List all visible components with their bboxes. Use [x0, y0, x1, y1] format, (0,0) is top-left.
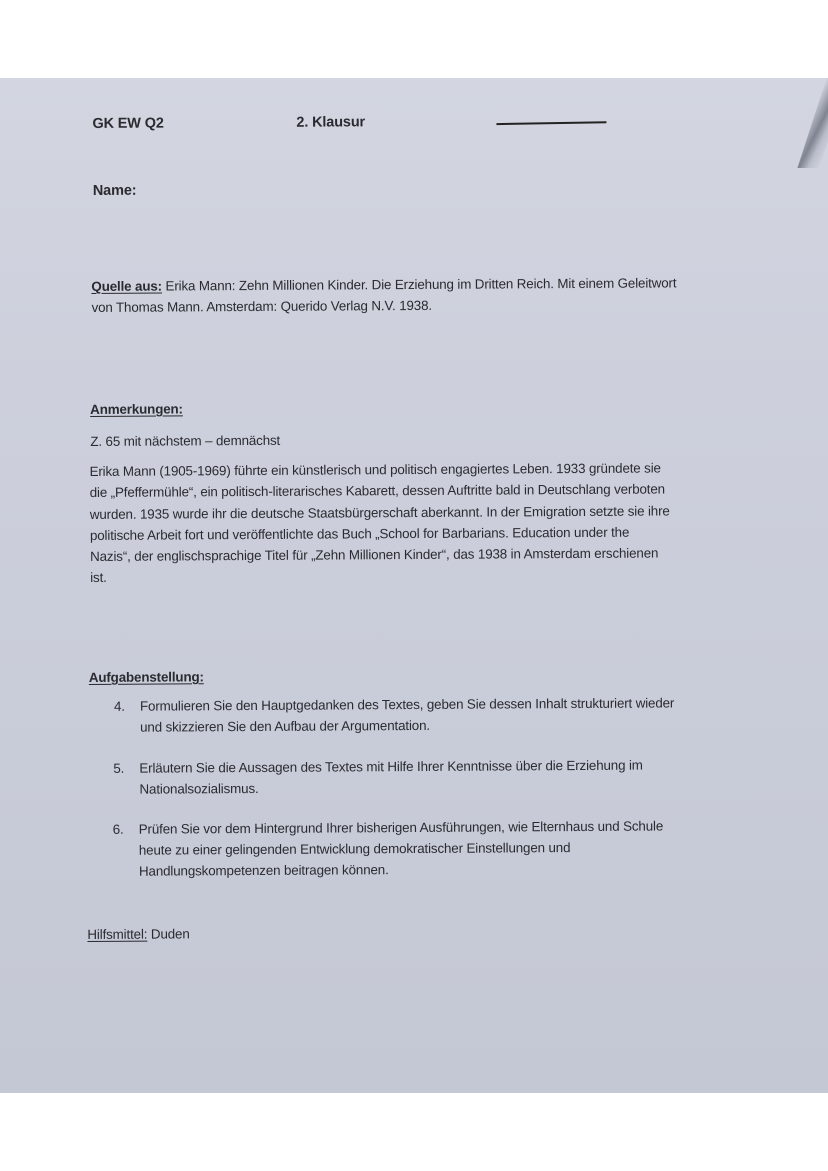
task-line: Prüfen Sie vor dem Hintergrund Ihrer bis…: [139, 815, 664, 839]
task-item-6: 6. Prüfen Sie vor dem Hintergrund Ihrer …: [113, 815, 753, 885]
aids-value: Duden: [151, 926, 190, 941]
task-number: 6.: [113, 819, 124, 840]
task-line: Formulieren Sie den Hauptgedanken des Te…: [140, 692, 674, 716]
task-line: Erläutern Sie die Aussagen des Textes mi…: [139, 755, 643, 779]
task-number: 4.: [114, 696, 125, 717]
source-line: von Thomas Mann. Amsterdam: Querido Verl…: [91, 294, 676, 319]
exam-title: 2. Klausur: [296, 112, 365, 133]
bio-line: ist.: [90, 564, 670, 589]
name-label: Name:: [93, 181, 137, 202]
task-item-4: 4. Formulieren Sie den Hauptgedanken des…: [114, 692, 754, 740]
sheet-content: GK EW Q2 2. Klausur Name: Quelle aus: Er…: [0, 78, 828, 1093]
task-number: 5.: [113, 758, 124, 779]
source-label: Quelle aus:: [91, 279, 162, 294]
aids-line: Hilfsmittel: Duden: [87, 923, 189, 945]
task-item-5: 5. Erläutern Sie die Aussagen des Textes…: [113, 754, 753, 802]
task-line: Nationalsozialismus.: [139, 776, 643, 800]
exam-sheet: GK EW Q2 2. Klausur Name: Quelle aus: Er…: [0, 78, 828, 1093]
tasks-heading: Aufgabenstellung:: [89, 666, 204, 688]
notes-heading: Anmerkungen:: [90, 398, 183, 420]
bio-line: die „Pfeffermühle“, ein politisch-litera…: [90, 479, 670, 504]
task-line: und skizzieren Sie den Aufbau der Argume…: [140, 713, 674, 737]
course-label: GK EW Q2: [92, 114, 163, 135]
line-note: Z. 65 mit nächstem – demnächst: [90, 430, 280, 452]
source-line: Quelle aus: Erika Mann: Zehn Millionen K…: [91, 272, 676, 297]
source-citation: Quelle aus: Erika Mann: Zehn Millionen K…: [91, 272, 676, 318]
task-line: Handlungskompetenzen beitragen können.: [139, 857, 664, 881]
author-bio-paragraph: Erika Mann (1905-1969) führte ein künstl…: [89, 457, 670, 588]
signature-line: [496, 121, 606, 125]
bio-line: Nazis“, der englischsprachige Titel für …: [90, 543, 670, 568]
aids-label: Hilfsmittel:: [87, 927, 147, 942]
